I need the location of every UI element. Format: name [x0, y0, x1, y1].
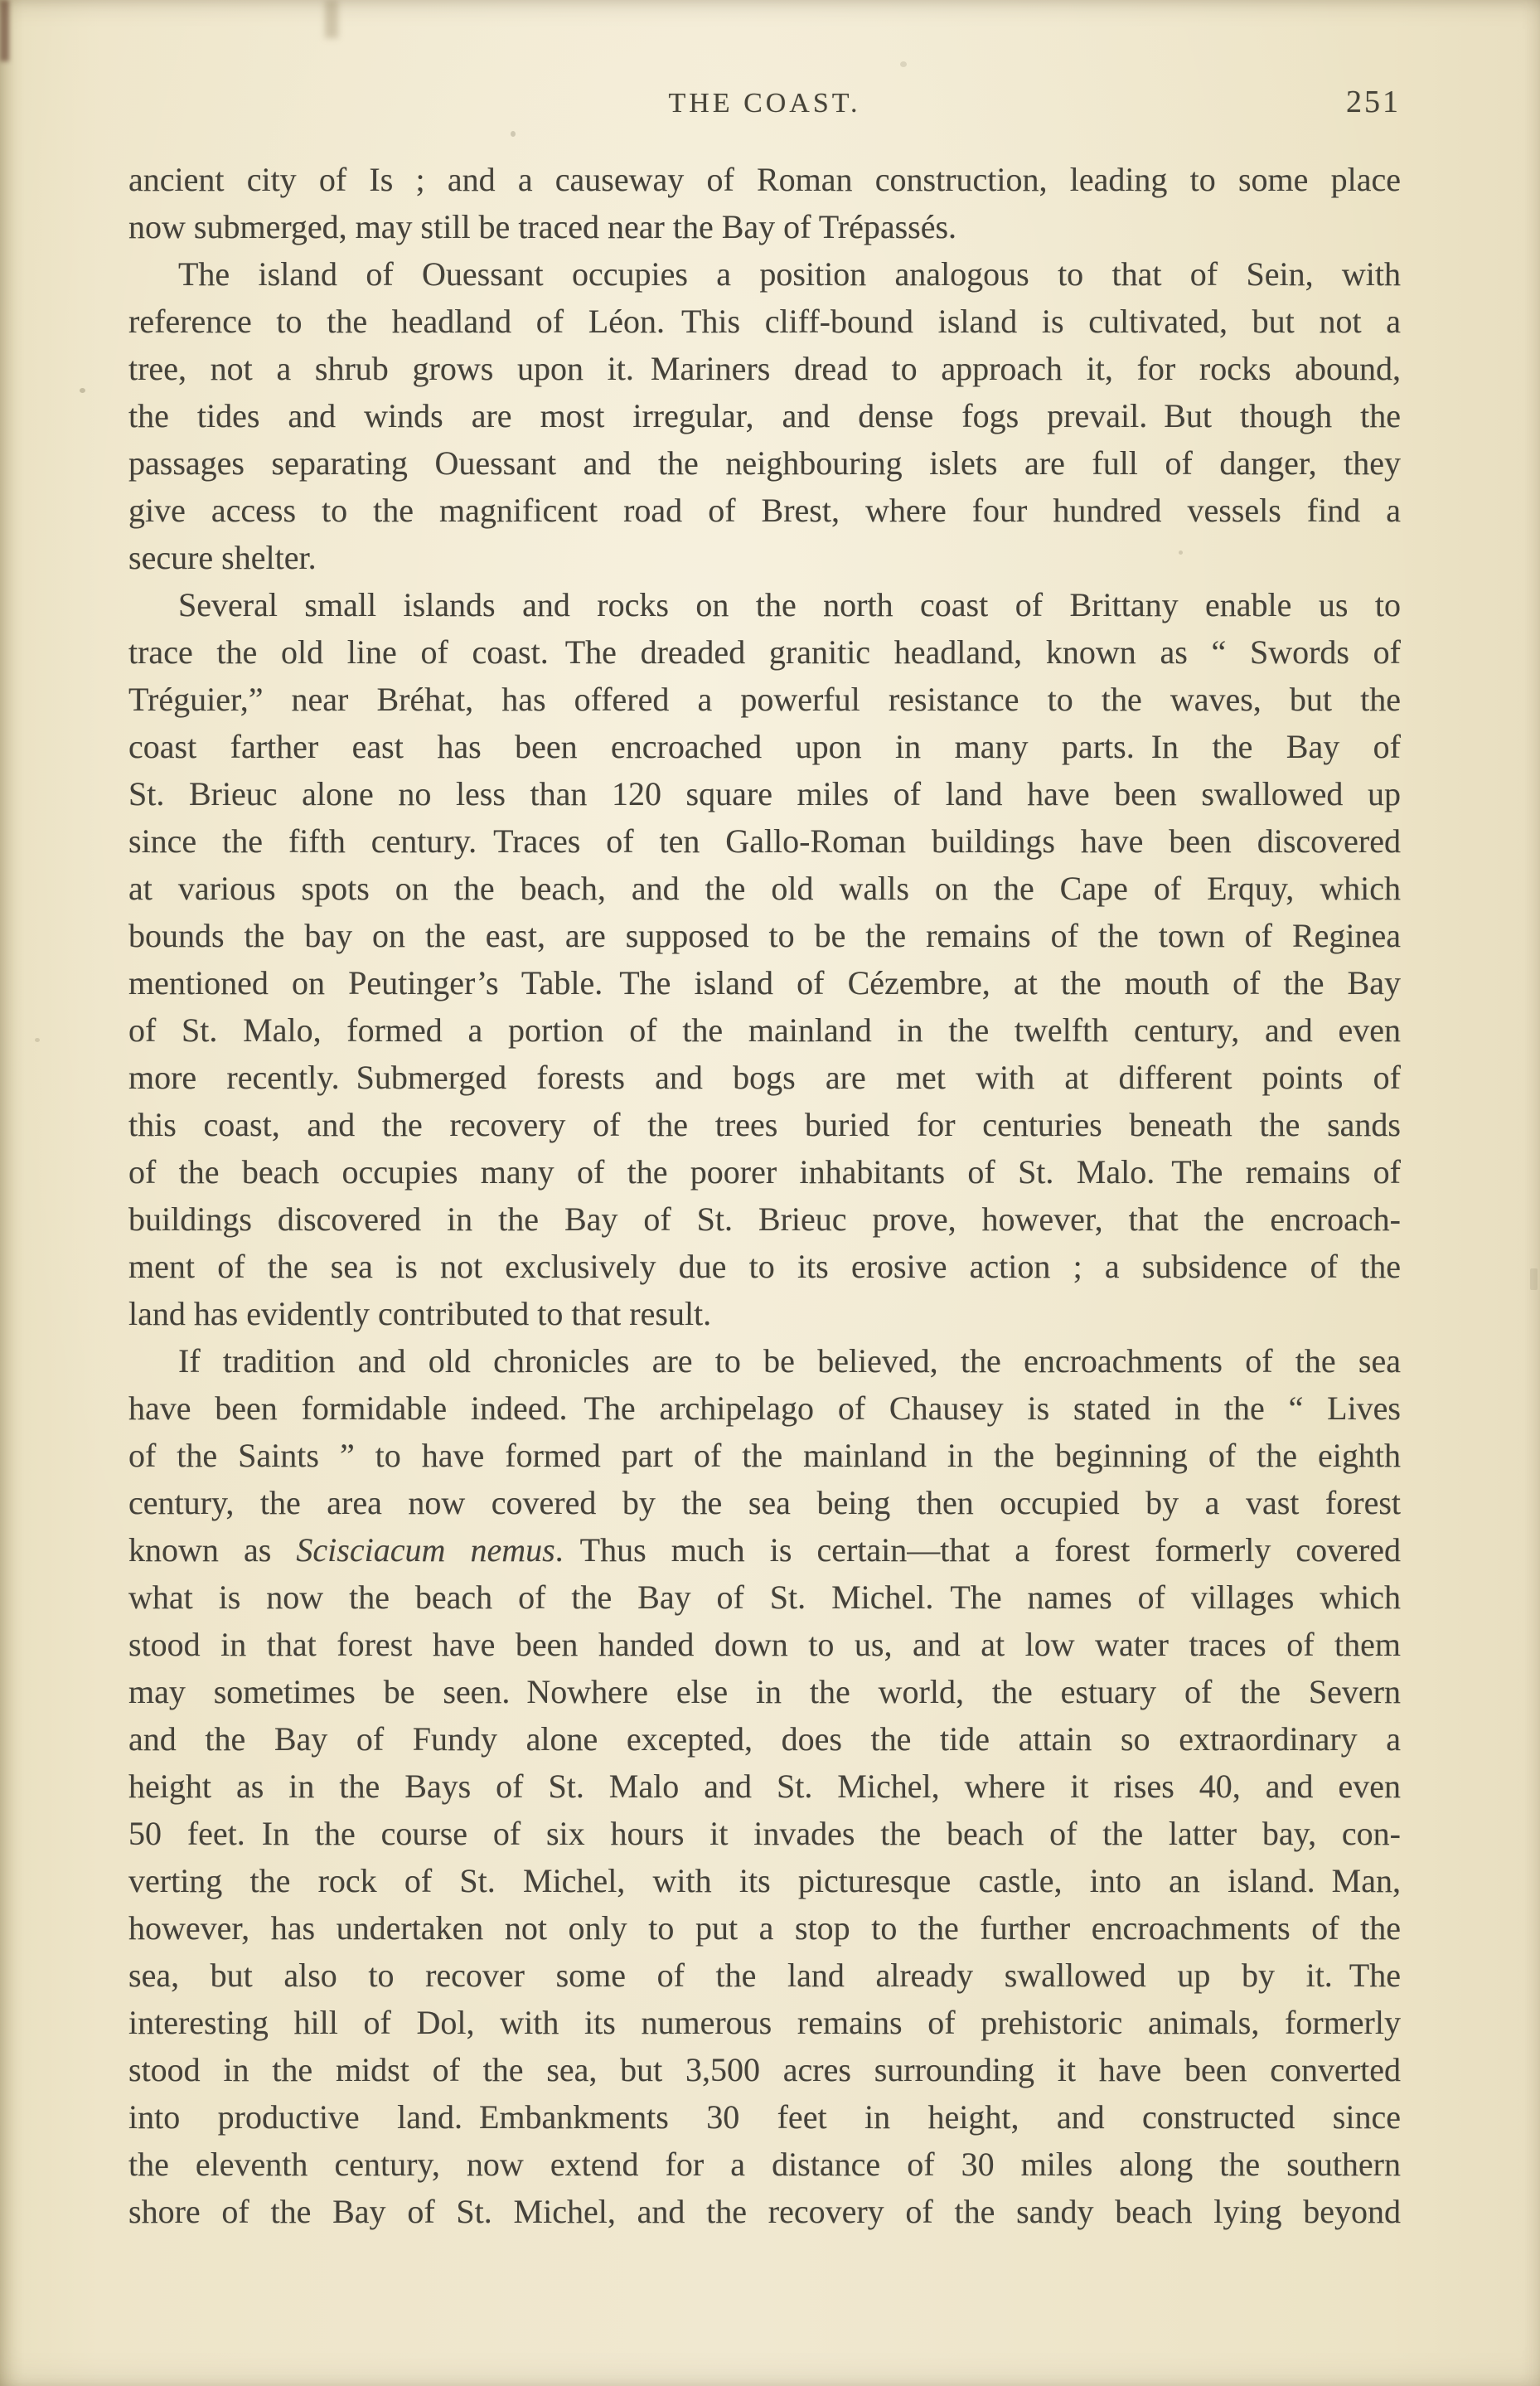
text-segment: stood in the midst of the sea, but 3,500… — [128, 2051, 1401, 2088]
text-line: of the Saints ” to have formed part of t… — [128, 1432, 1401, 1479]
text-segment: Several small islands and rocks on the n… — [178, 586, 1401, 623]
text-line: have been formidable indeed. The archipe… — [128, 1385, 1401, 1432]
text-segment: tree, not a shrub grows upon it. Mariner… — [128, 350, 1401, 387]
text-line: verting the rock of St. Michel, with its… — [128, 1857, 1401, 1904]
page-header: THE COAST. 251 — [128, 83, 1401, 121]
text-segment: century, the area now covered by the sea… — [128, 1484, 1401, 1521]
text-segment: ment of the sea is not exclusively due t… — [128, 1248, 1401, 1285]
book-page: THE COAST. 251 ancient city of Is ; and … — [0, 0, 1540, 2386]
text-line: passages separating Ouessant and the nei… — [128, 439, 1401, 487]
text-segment: sea, but also to recover some of the lan… — [128, 1957, 1401, 1994]
paper-speck — [80, 388, 85, 393]
text-line: century, the area now covered by the sea… — [128, 1479, 1401, 1526]
paper-speck — [511, 131, 516, 137]
text-segment: verting the rock of St. Michel, with its… — [128, 1862, 1401, 1899]
text-line: The island of Ouessant occupies a positi… — [128, 250, 1401, 298]
text-line: Tréguier,” near Bréhat, has offered a po… — [128, 676, 1401, 723]
text-line: however, has undertaken not only to put … — [128, 1904, 1401, 1952]
text-segment: now submerged, may still be traced near … — [128, 208, 956, 245]
text-segment: Tréguier,” near Bréhat, has offered a po… — [128, 681, 1401, 718]
text-line: of St. Malo, formed a portion of the mai… — [128, 1006, 1401, 1054]
text-segment: . Thus much is certain—that a forest for… — [555, 1531, 1401, 1569]
text-line: stood in the midst of the sea, but 3,500… — [128, 2046, 1401, 2093]
text-segment: buildings discovered in the Bay of St. B… — [128, 1200, 1401, 1238]
text-segment: mentioned on Peutinger’s Table. The isla… — [128, 964, 1401, 1001]
text-line: the tides and winds are most irregular, … — [128, 392, 1401, 439]
text-segment: known as — [128, 1531, 296, 1569]
text-segment: interesting hill of Dol, with its numero… — [128, 2004, 1401, 2041]
text-line: interesting hill of Dol, with its numero… — [128, 1999, 1401, 2046]
paper-speck — [900, 61, 907, 67]
text-segment: since the fifth century. Traces of ten G… — [128, 822, 1401, 860]
text-segment: secure shelter. — [128, 539, 317, 576]
page-number: 251 — [861, 83, 1401, 121]
text-segment: at various spots on the beach, and the o… — [128, 870, 1401, 907]
text-line: St. Brieuc alone no less than 120 square… — [128, 770, 1401, 817]
text-line: ancient city of Is ; and a causeway of R… — [128, 156, 1401, 203]
text-segment: height as in the Bays of St. Malo and St… — [128, 1768, 1401, 1805]
text-line: now submerged, may still be traced near … — [128, 203, 1401, 250]
page-body: ancient city of Is ; and a causeway of R… — [128, 156, 1401, 2235]
text-segment: coast farther east has been encroached u… — [128, 728, 1401, 765]
text-line: tree, not a shrub grows upon it. Mariner… — [128, 345, 1401, 392]
text-line: since the fifth century. Traces of ten G… — [128, 817, 1401, 865]
text-segment: reference to the headland of Léon. This … — [128, 303, 1401, 340]
text-segment: The island of Ouessant occupies a positi… — [178, 255, 1401, 293]
italic-text-segment: Scisciacum nemus — [296, 1531, 554, 1569]
text-segment: the eleventh century, now extend for a d… — [128, 2146, 1401, 2183]
paper-speck — [1530, 1268, 1538, 1290]
text-line: into productive land. Embankments 30 fee… — [128, 2093, 1401, 2141]
text-segment: and the Bay of Fundy alone excepted, doe… — [128, 1720, 1401, 1758]
scan-smudge-artifact — [325, 0, 338, 38]
text-line: mentioned on Peutinger’s Table. The isla… — [128, 959, 1401, 1006]
text-segment: St. Brieuc alone no less than 120 square… — [128, 775, 1401, 812]
text-line: what is now the beach of the Bay of St. … — [128, 1574, 1401, 1621]
text-line: the eleventh century, now extend for a d… — [128, 2141, 1401, 2188]
text-line: this coast, and the recovery of the tree… — [128, 1101, 1401, 1148]
text-segment: bounds the bay on the east, are supposed… — [128, 917, 1401, 954]
text-line: buildings discovered in the Bay of St. B… — [128, 1195, 1401, 1243]
running-title: THE COAST. — [668, 85, 860, 123]
text-segment: have been formidable indeed. The archipe… — [128, 1389, 1401, 1427]
text-line: may sometimes be seen. Nowhere else in t… — [128, 1668, 1401, 1715]
text-segment: shore of the Bay of St. Michel, and the … — [128, 2193, 1401, 2230]
text-segment: may sometimes be seen. Nowhere else in t… — [128, 1673, 1401, 1710]
text-line: stood in that forest have been handed do… — [128, 1621, 1401, 1668]
text-line: sea, but also to recover some of the lan… — [128, 1952, 1401, 1999]
text-line: 50 feet. In the course of six hours it i… — [128, 1810, 1401, 1857]
text-line: ment of the sea is not exclusively due t… — [128, 1243, 1401, 1290]
text-segment: of the Saints ” to have formed part of t… — [128, 1437, 1401, 1474]
text-segment: stood in that forest have been handed do… — [128, 1626, 1401, 1663]
text-line: and the Bay of Fundy alone excepted, doe… — [128, 1715, 1401, 1763]
text-line: Several small islands and rocks on the n… — [128, 581, 1401, 628]
text-line: known as Scisciacum nemus. Thus much is … — [128, 1526, 1401, 1574]
text-line: trace the old line of coast. The dreaded… — [128, 628, 1401, 676]
text-segment: 50 feet. In the course of six hours it i… — [128, 1815, 1401, 1852]
text-line: land has evidently contributed to that r… — [128, 1290, 1401, 1337]
text-segment: this coast, and the recovery of the tree… — [128, 1106, 1401, 1143]
text-segment: of St. Malo, formed a portion of the mai… — [128, 1011, 1401, 1049]
text-segment: passages separating Ouessant and the nei… — [128, 444, 1401, 482]
text-line: at various spots on the beach, and the o… — [128, 865, 1401, 912]
text-segment: of the beach occupies many of the poorer… — [128, 1153, 1401, 1191]
text-segment: ancient city of Is ; and a causeway of R… — [128, 161, 1401, 198]
text-line: coast farther east has been encroached u… — [128, 723, 1401, 770]
text-line: of the beach occupies many of the poorer… — [128, 1148, 1401, 1195]
text-line: height as in the Bays of St. Malo and St… — [128, 1763, 1401, 1810]
text-segment: trace the old line of coast. The dreaded… — [128, 633, 1401, 671]
text-line: secure shelter. — [128, 534, 1401, 581]
text-line: more recently. Submerged forests and bog… — [128, 1054, 1401, 1101]
text-segment: what is now the beach of the Bay of St. … — [128, 1579, 1401, 1616]
text-segment: the tides and winds are most irregular, … — [128, 397, 1401, 434]
text-segment: give access to the magnificent road of B… — [128, 492, 1401, 529]
text-line: bounds the bay on the east, are supposed… — [128, 912, 1401, 959]
text-segment: into productive land. Embankments 30 fee… — [128, 2098, 1401, 2136]
text-line: shore of the Bay of St. Michel, and the … — [128, 2188, 1401, 2235]
text-line: give access to the magnificent road of B… — [128, 487, 1401, 534]
text-line: reference to the headland of Léon. This … — [128, 298, 1401, 345]
text-segment: If tradition and old chronicles are to b… — [178, 1342, 1401, 1380]
paper-speck — [35, 1038, 40, 1042]
text-segment: more recently. Submerged forests and bog… — [128, 1059, 1401, 1096]
text-line: If tradition and old chronicles are to b… — [128, 1337, 1401, 1385]
scan-edge-artifact — [0, 0, 9, 61]
text-segment: land has evidently contributed to that r… — [128, 1295, 711, 1332]
text-segment: however, has undertaken not only to put … — [128, 1909, 1401, 1947]
